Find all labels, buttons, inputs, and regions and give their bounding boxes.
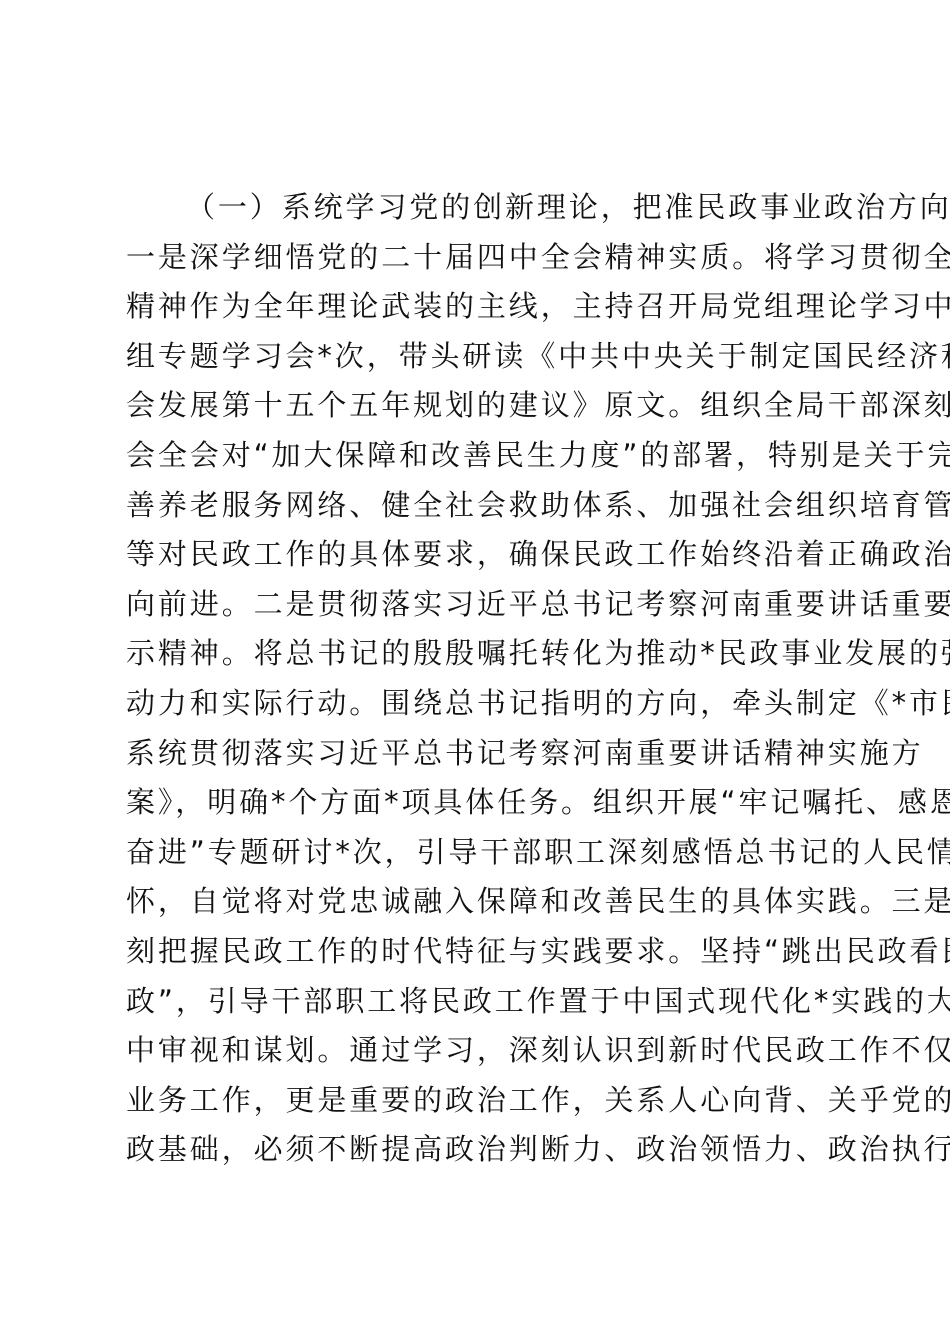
text-line: 会全会对“加大保障和改善民生力度”的部署，特别是关于完 — [126, 431, 836, 481]
text-line: 政”，引导干部职工将民政工作置于中国式现代化*实践的大局 — [126, 977, 836, 1027]
text-line: 中审视和谋划。通过学习，深刻认识到新时代民政工作不仅是 — [126, 1026, 836, 1076]
text-line: 善养老服务网络、健全社会救助体系、加强社会组织培育管理 — [126, 481, 836, 531]
document-page: （一）系统学习党的创新理论，把准民政事业政治方向。 一是深学细悟党的二十届四中全… — [0, 0, 950, 1344]
text-line: 等对民政工作的具体要求，确保民政工作始终沿着正确政治方 — [126, 530, 836, 580]
text-line: 政基础，必须不断提高政治判断力、政治领悟力、政治执行 — [126, 1125, 836, 1175]
text-line: 系统贯彻落实习近平总书记考察河南重要讲话精神实施方 — [126, 729, 836, 779]
document-body: （一）系统学习党的创新理论，把准民政事业政治方向。 一是深学细悟党的二十届四中全… — [126, 183, 836, 1175]
text-line: 动力和实际行动。围绕总书记指明的方向，牵头制定《*市民政 — [126, 679, 836, 729]
text-line: 怀，自觉将对党忠诚融入保障和改善民生的具体实践。三是深 — [126, 877, 836, 927]
text-line: 一是深学细悟党的二十届四中全会精神实质。将学习贯彻全会 — [126, 233, 836, 283]
text-line: 示精神。将总书记的殷殷嘱托转化为推动*民政事业发展的强大 — [126, 629, 836, 679]
text-line: 向前进。二是贯彻落实习近平总书记考察河南重要讲话重要指 — [126, 580, 836, 630]
text-line: 案》，明确*个方面*项具体任务。组织开展“牢记嘱托、感恩 — [126, 778, 836, 828]
text-line: 组专题学习会*次，带头研读《中共中央关于制定国民经济和社 — [126, 332, 836, 382]
section-heading: （一）系统学习党的创新理论，把准民政事业政治方向。 — [126, 183, 836, 233]
text-line: 业务工作，更是重要的政治工作，关系人心向背、关乎党的执 — [126, 1076, 836, 1126]
text-line: 奋进”专题研讨*次，引导干部职工深刻感悟总书记的人民情 — [126, 828, 836, 878]
text-line: 精神作为全年理论武装的主线，主持召开局党组理论学习中心 — [126, 282, 836, 332]
text-line: 会发展第十五个五年规划的建议》原文。组织全局干部深刻领 — [126, 381, 836, 431]
text-line: 刻把握民政工作的时代特征与实践要求。坚持“跳出民政看民 — [126, 927, 836, 977]
